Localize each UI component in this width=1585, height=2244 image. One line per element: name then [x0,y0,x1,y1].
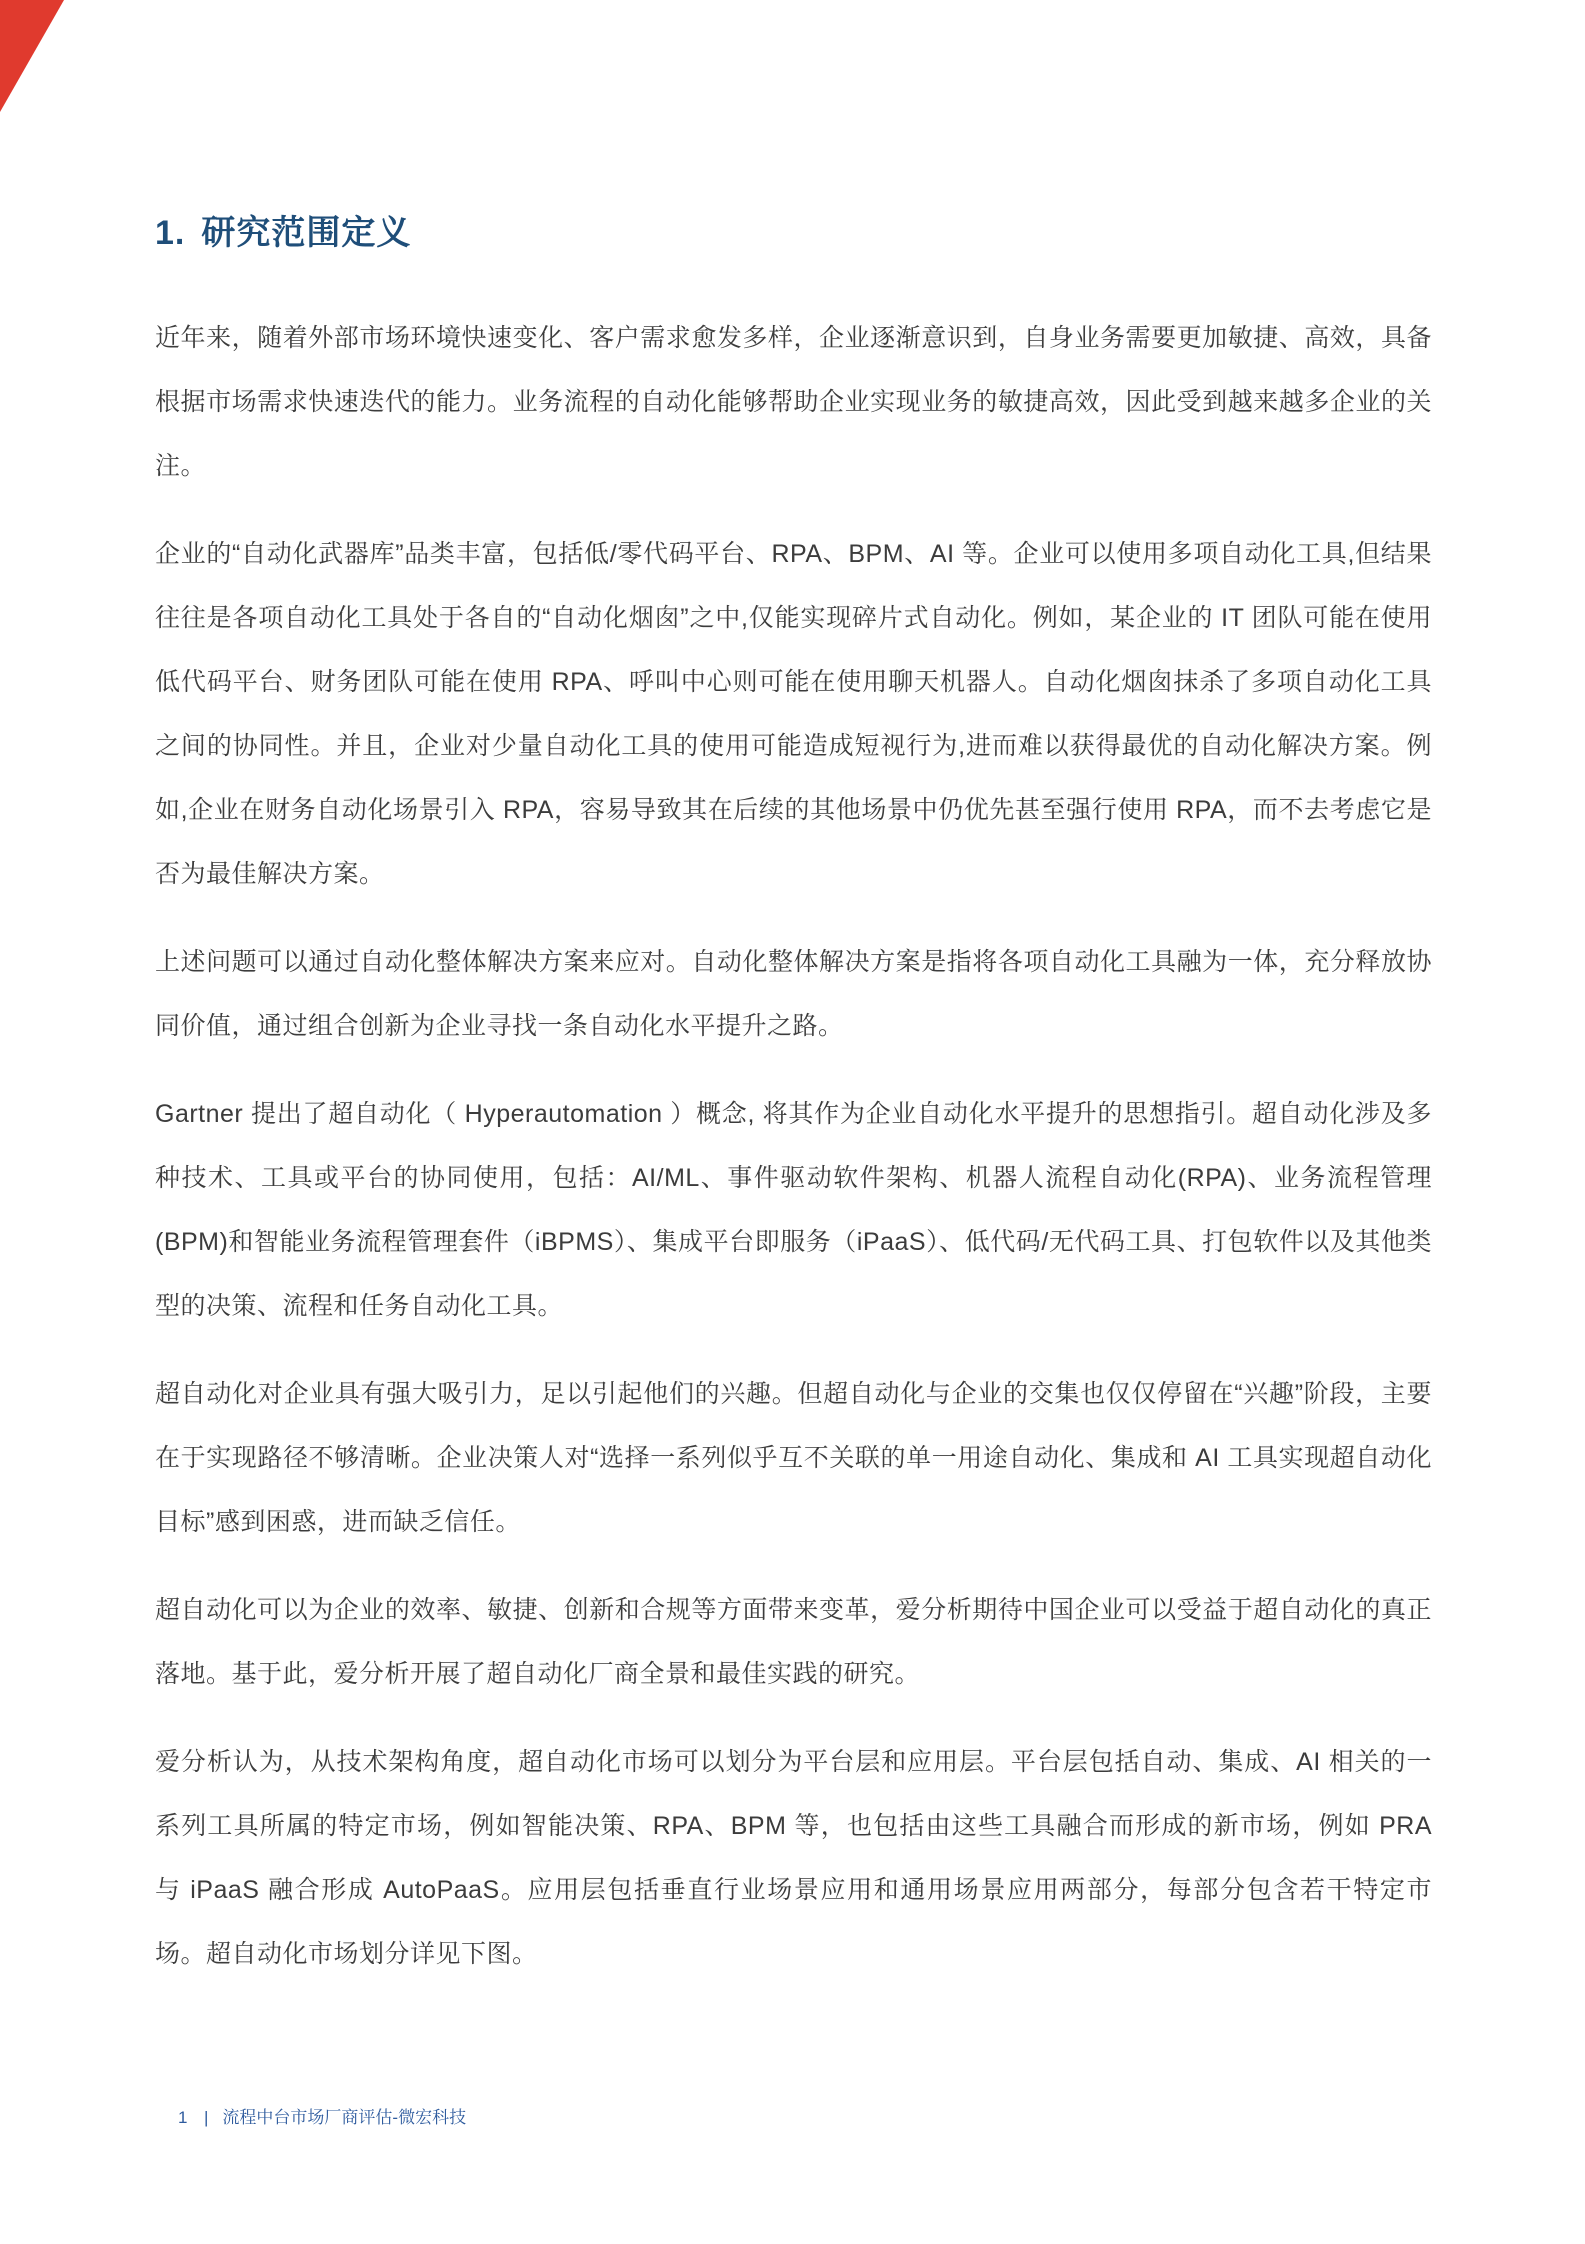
document-page: 1.研究范围定义 近年来，随着外部市场环境快速变化、客户需求愈发多样，企业逐渐意… [0,0,1585,2244]
section-heading-title: 研究范围定义 [201,214,411,252]
page-content: 1.研究范围定义 近年来，随着外部市场环境快速变化、客户需求愈发多样，企业逐渐意… [155,205,1432,2010]
footer-separator: | [204,2108,208,2128]
footer-doc-title: 流程中台市场厂商评估-微宏科技 [222,2103,466,2128]
paragraph-research-motivation: 超自动化可以为企业的效率、敏捷、创新和合规等方面带来变革，爱分析期待中国企业可以… [155,1578,1432,1706]
paragraph-gartner-hyperautomation: Gartner 提出了超自动化（ Hyperautomation ）概念, 将其… [155,1082,1432,1338]
page-footer: 1 | 流程中台市场厂商评估-微宏科技 [178,2103,466,2128]
corner-accent-triangle [0,0,64,112]
footer-page-number: 1 [178,2108,190,2128]
section-heading-number: 1. [155,214,185,253]
paragraph-market-segmentation: 爱分析认为，从技术架构角度，超自动化市场可以划分为平台层和应用层。平台层包括自动… [155,1730,1432,1986]
paragraph-intro: 近年来，随着外部市场环境快速变化、客户需求愈发多样，企业逐渐意识到，自身业务需要… [155,306,1432,498]
paragraph-enterprise-interest: 超自动化对企业具有强大吸引力，足以引起他们的兴趣。但超自动化与企业的交集也仅仅停… [155,1362,1432,1554]
paragraph-holistic-solution: 上述问题可以通过自动化整体解决方案来应对。自动化整体解决方案是指将各项自动化工具… [155,930,1432,1058]
paragraph-automation-silos: 企业的“自动化武器库”品类丰富，包括低/零代码平台、RPA、BPM、AI 等。企… [155,522,1432,906]
section-heading: 1.研究范围定义 [155,205,1432,254]
